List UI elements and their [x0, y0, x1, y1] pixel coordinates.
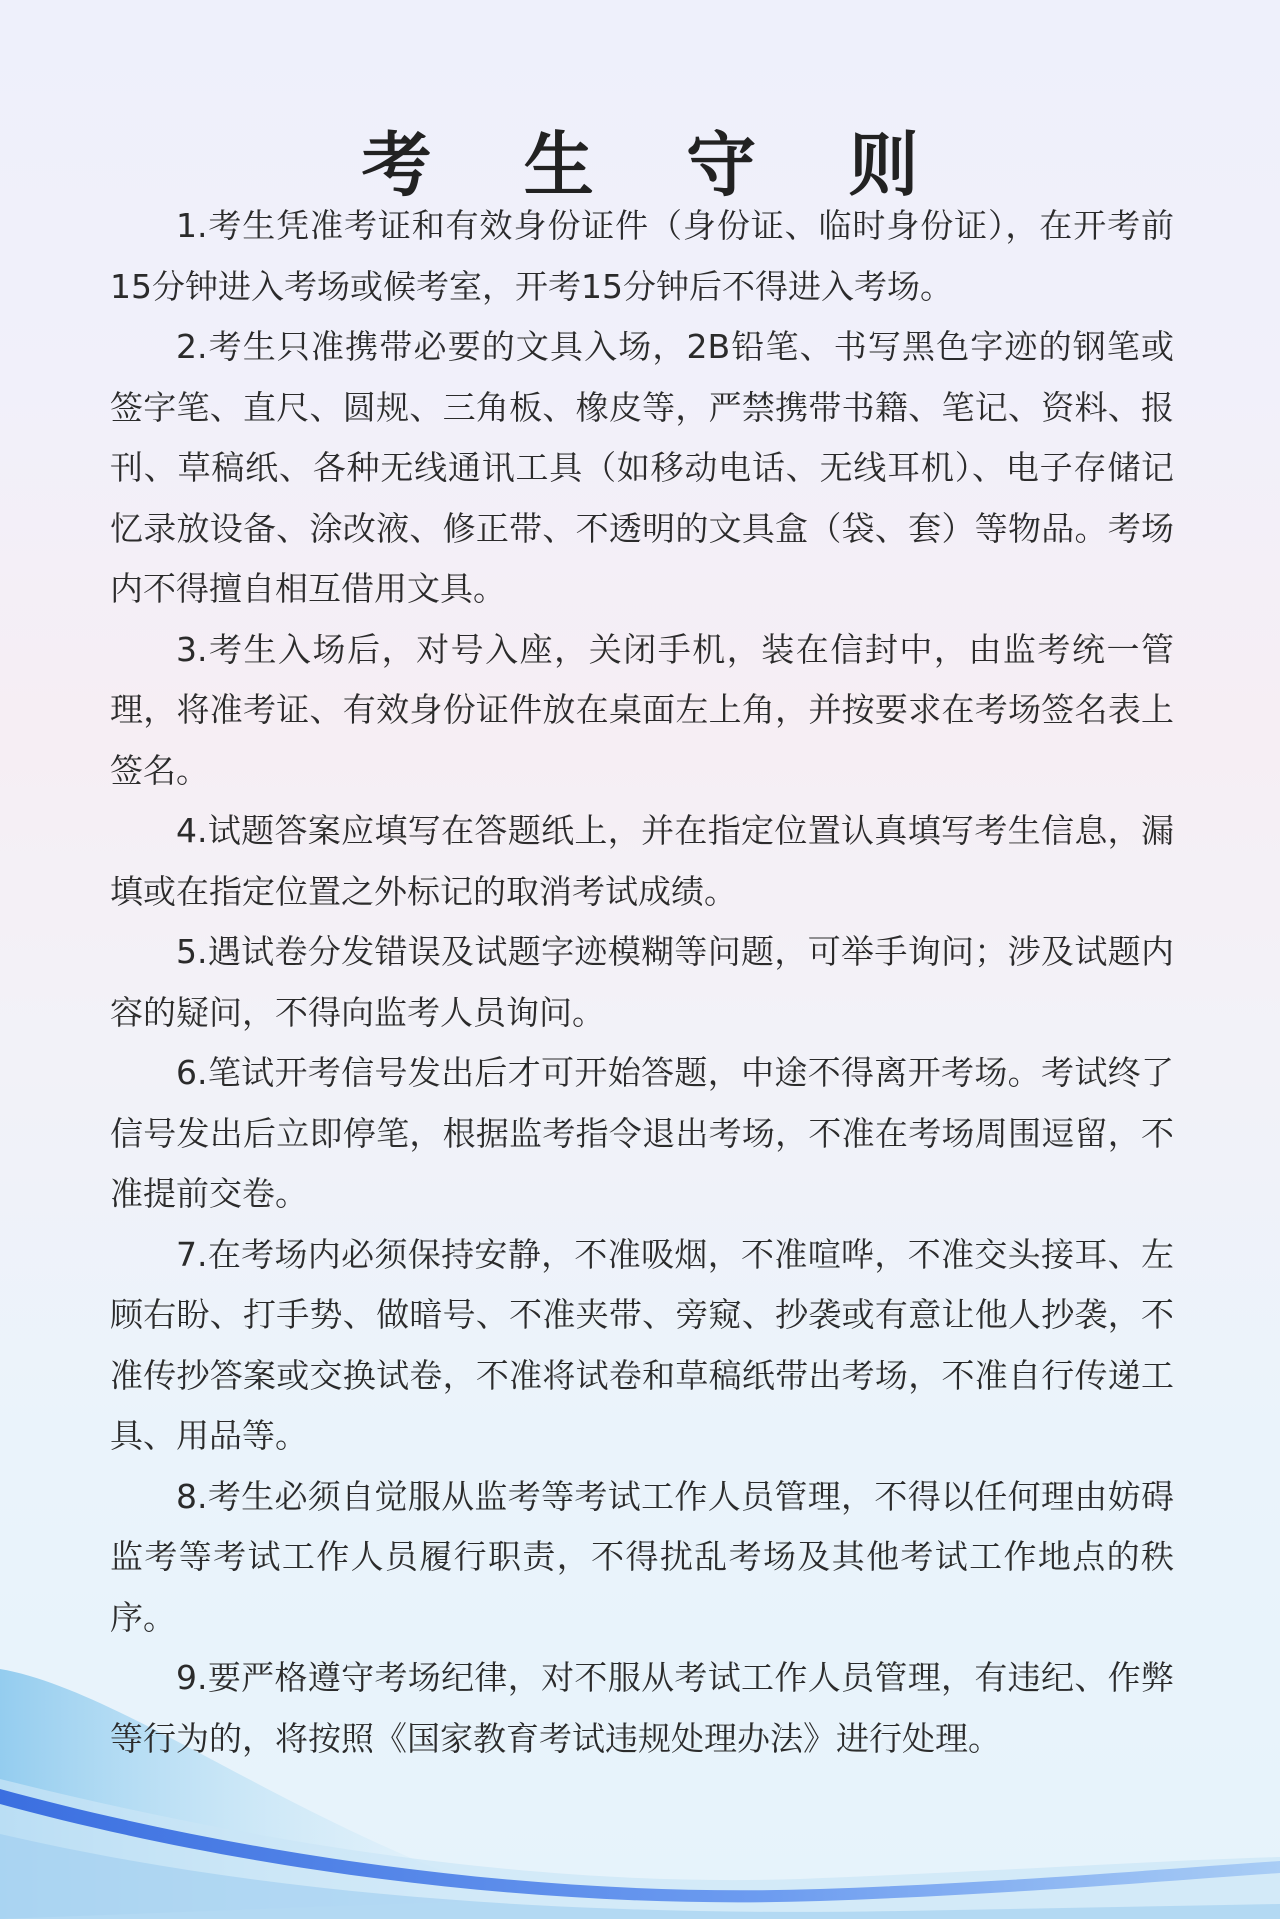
page-title: 考 生 守 则 — [0, 109, 1280, 210]
rule-7: 7.在考场内必须保持安静，不准吸烟，不准喧哗，不准交头接耳、左顾右盼、打手势、做… — [110, 1225, 1174, 1467]
rule-1: 1.考生凭准考证和有效身份证件（身份证、临时身份证），在开考前15分钟进入考场或… — [110, 196, 1174, 317]
rule-2: 2.考生只准携带必要的文具入场，2B铅笔、书写黑色字迹的钢笔或签字笔、直尺、圆规… — [110, 317, 1174, 620]
rule-4: 4.试题答案应填写在答题纸上，并在指定位置认真填写考生信息，漏填或在指定位置之外… — [110, 801, 1174, 922]
rule-6: 6.笔试开考信号发出后才可开始答题，中途不得离开考场。考试终了信号发出后立即停笔… — [110, 1043, 1174, 1225]
rule-8: 8.考生必须自觉服从监考等考试工作人员管理，不得以任何理由妨碍监考等考试工作人员… — [110, 1467, 1174, 1649]
rule-3: 3.考生入场后，对号入座，关闭手机，装在信封中，由监考统一管理，将准考证、有效身… — [110, 620, 1174, 802]
rule-9: 9.要严格遵守考场纪律，对不服从考试工作人员管理，有违纪、作弊等行为的，将按照《… — [110, 1648, 1174, 1769]
rules-list: 1.考生凭准考证和有效身份证件（身份证、临时身份证），在开考前15分钟进入考场或… — [110, 196, 1174, 1769]
rule-5: 5.遇试卷分发错误及试题字迹模糊等问题，可举手询问；涉及试题内容的疑问，不得向监… — [110, 922, 1174, 1043]
